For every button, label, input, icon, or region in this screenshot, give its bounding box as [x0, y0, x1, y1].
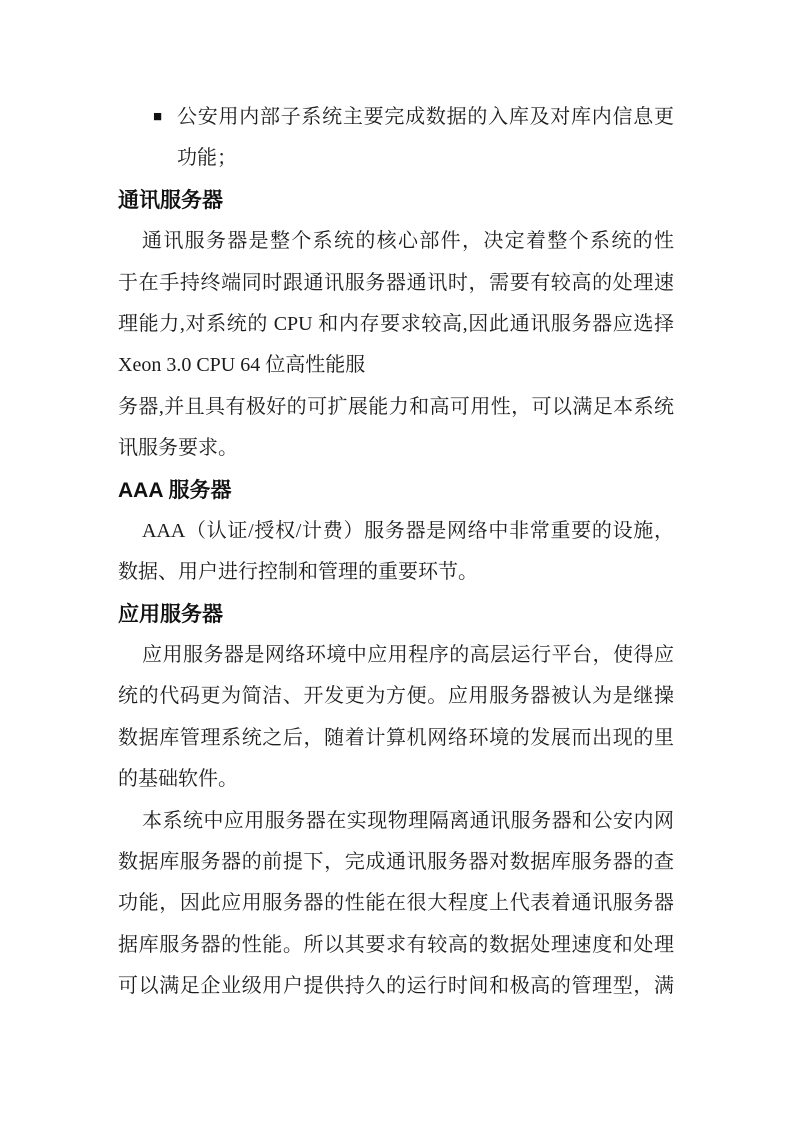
text-line: 应用服务器是网络环境中应用程序的高层运行平台，使得应用系 — [118, 635, 674, 676]
text-line: Xeon 3.0 CPU 64 位高性能服 — [118, 345, 674, 386]
text-line: 讯服务要求。 — [118, 428, 674, 469]
text-line: 数据库服务器的前提下，完成通讯服务器对数据库服务器的查询代理 — [118, 842, 674, 883]
section-heading-application-server: 应用服务器 — [118, 594, 674, 635]
bullet-list-item: ■ 公安用内部子系统主要完成数据的入库及对库内信息更新等 — [118, 97, 674, 138]
text-line: 于在手持终端同时跟通讯服务器通讯时，需要有较高的处理速度和处 — [118, 263, 674, 304]
text-line: 本系统中应用服务器在实现物理隔离通讯服务器和公安内网各 — [118, 801, 674, 842]
bullet-item-text-continuation: 功能； — [118, 138, 674, 179]
section-heading-aaa-server: AAA 服务器 — [118, 470, 674, 511]
text-line: 的基础软件。 — [118, 759, 674, 800]
text-line: 通讯服务器是整个系统的核心部件，决定着整个系统的性能，由 — [118, 221, 674, 262]
section-heading-communication-server: 通讯服务器 — [118, 180, 674, 221]
text-line: 数据、用户进行控制和管理的重要环节。 — [118, 552, 674, 593]
text-line: AAA（认证/授权/计费）服务器是网络中非常重要的设施，是对 — [118, 511, 674, 552]
document-page: ■ 公安用内部子系统主要完成数据的入库及对库内信息更新等 功能； 通讯服务器 通… — [0, 0, 793, 1122]
text-line: 功能，因此应用服务器的性能在很大程度上代表着通讯服务器查询数 — [118, 883, 674, 924]
text-line: 据库服务器的性能。所以其要求有较高的数据处理速度和处理能力。 — [118, 925, 674, 966]
bullet-square-icon: ■ — [153, 97, 177, 138]
text-line: 可以满足企业级用户提供持久的运行时间和极高的管理型，满足高负 — [118, 966, 674, 1007]
text-line: 统的代码更为简洁、开发更为方便。应用服务器被认为是继操作系统、 — [118, 676, 674, 717]
text-line: 数据库管理系统之后，随着计算机网络环境的发展而出现的里程碑式 — [118, 718, 674, 759]
bullet-item-text: 公安用内部子系统主要完成数据的入库及对库内信息更新等 — [177, 97, 674, 138]
text-line: 务器,并且具有极好的可扩展能力和高可用性，可以满足本系统的通 — [118, 387, 674, 428]
text-line: 理能力,对系统的 CPU 和内存要求较高,因此通讯服务器应选择 Inter — [118, 304, 674, 345]
